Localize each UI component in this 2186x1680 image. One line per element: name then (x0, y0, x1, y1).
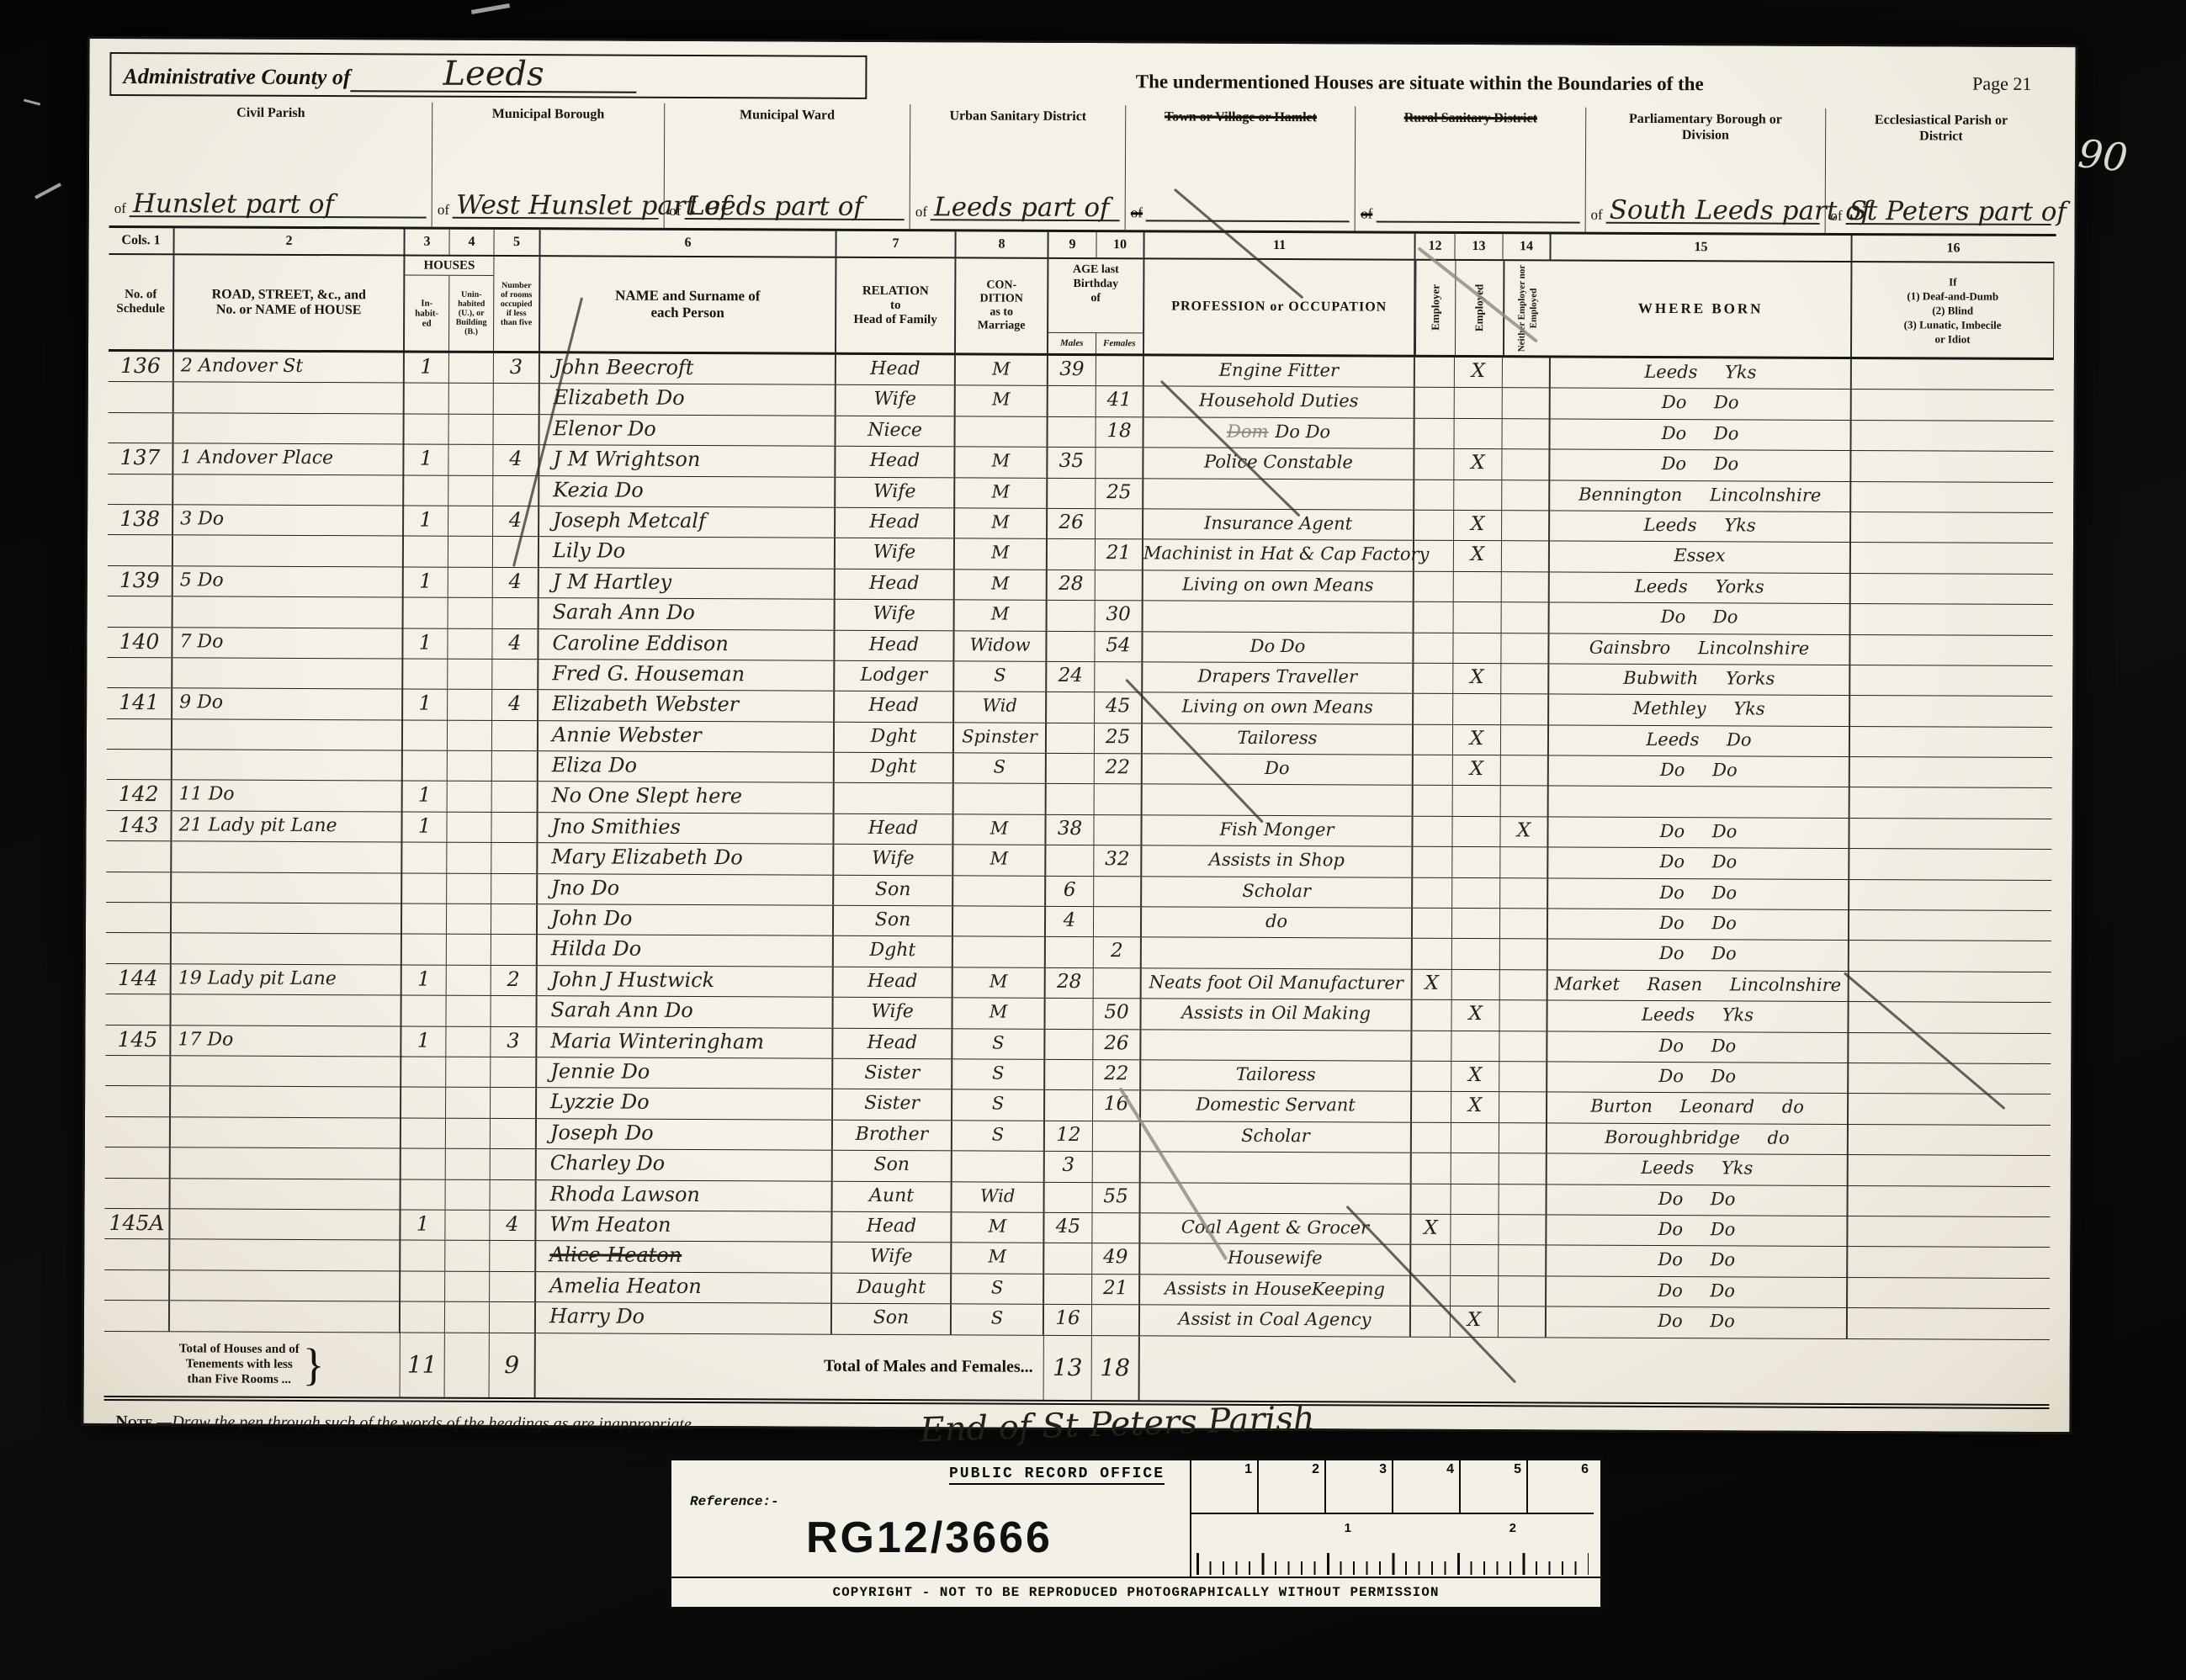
cell-inh (405, 384, 449, 414)
form-top-band: Administrative County of Leeds The under… (109, 47, 2056, 109)
cell-sched (108, 474, 173, 505)
cell-ageF: 22 (1093, 1060, 1141, 1090)
cell-emp: X (1411, 1215, 1451, 1245)
column-number: 13 (1455, 234, 1503, 259)
stamp-reference-label: Reference:- (690, 1494, 779, 1509)
cell-ageF (1094, 968, 1142, 999)
totals-males: 13 (1044, 1335, 1092, 1399)
cell-rooms: 2 (491, 966, 538, 996)
cell-name: Lyzzie Do (537, 1089, 833, 1120)
cell-born: Bubwith Yorks (1549, 664, 1850, 695)
cell-inh: 1 (402, 965, 447, 995)
cell-ageM (1048, 539, 1096, 570)
page-number: Page 21 (1972, 70, 2031, 95)
column-number: 8 (956, 231, 1048, 257)
cell-infirm (1850, 727, 2052, 757)
cell-born: Gainsbro Lincolnshire (1549, 633, 1850, 665)
cell-occ: Fish Monger (1142, 815, 1413, 846)
admin-county-label: Administrative County of (123, 64, 350, 90)
cell-inh (401, 1241, 445, 1271)
cell-rooms (494, 384, 540, 414)
cell-rel: Wife (833, 998, 952, 1028)
cell-rooms: 4 (492, 690, 539, 720)
cell-uninh (446, 1026, 491, 1057)
cell-infirm (1849, 1125, 2051, 1155)
cell-addr (171, 1179, 401, 1210)
cell-neither (1502, 572, 1550, 602)
cell-rel: Head (834, 814, 953, 845)
cell-ageF (1095, 785, 1143, 815)
cell-empd (1451, 1184, 1499, 1214)
cell-inh (401, 996, 446, 1026)
cell-name: Alice Heaton (536, 1242, 832, 1273)
cell-occ: Housewife (1140, 1244, 1411, 1275)
cell-occ: Drapers Traveller (1143, 662, 1414, 693)
cell-sched (104, 1301, 170, 1331)
cell-ageM (1044, 1275, 1092, 1305)
cell-infirm (1848, 1247, 2050, 1277)
cell-empd: X (1454, 449, 1502, 480)
of-word: of (1361, 205, 1372, 222)
cell-rel: Head (836, 447, 955, 477)
header-inhabited: In- habit- ed (405, 275, 448, 350)
cell-emp (1411, 1245, 1451, 1275)
of-word: of (669, 203, 681, 220)
cell-born: Leeds Yks (1551, 358, 1852, 389)
cell-infirm (1849, 1094, 2051, 1124)
cell-ageM: 16 (1044, 1305, 1092, 1335)
film-artifact (24, 98, 40, 105)
cell-cond: M (955, 600, 1048, 630)
cell-sched: 137 (108, 443, 173, 474)
cell-ageM: 26 (1048, 509, 1096, 539)
cell-ageM: 28 (1048, 570, 1096, 601)
cell-empd: X (1451, 1092, 1499, 1122)
cell-neither: X (1500, 817, 1548, 847)
cell-name: Maria Winteringham (537, 1027, 833, 1058)
cell-sched: 145 (105, 1025, 171, 1056)
ruler-centimetres: 1 2 (1191, 1514, 1594, 1577)
cell-empd (1454, 602, 1502, 633)
cell-addr (171, 1117, 401, 1148)
cell-ageM: 39 (1048, 356, 1096, 386)
cell-occ: Insurance Agent (1143, 509, 1414, 540)
cell-name: John Do (538, 904, 834, 935)
cell-ageM (1048, 417, 1096, 448)
cell-rel: Wife (836, 477, 955, 507)
cell-ageF: 32 (1094, 845, 1142, 876)
cell-ageF (1096, 356, 1144, 386)
cell-cond (953, 937, 1046, 967)
cell-cond: Spinster (954, 723, 1047, 753)
footer-note: Note.—Draw the pen through such of the w… (115, 1412, 695, 1434)
header-rooms: Number of rooms occupied if less than fi… (494, 257, 540, 351)
cell-empd (1451, 1031, 1499, 1062)
cell-name: Sarah Ann Do (539, 598, 836, 629)
cell-ageM (1044, 1243, 1092, 1274)
cell-neither (1499, 1000, 1547, 1031)
cell-neither (1499, 1306, 1547, 1337)
cell-born: Bennington Lincolnshire (1550, 480, 1851, 511)
cell-ageM: 3 (1045, 1152, 1093, 1182)
field-rural-sanitary-district: Rural Sanitary District of (1355, 106, 1585, 231)
header-females: Females (1095, 333, 1143, 353)
cell-infirm (1851, 543, 2053, 573)
cell-sched: 140 (107, 627, 172, 657)
cell-cond: S (954, 661, 1047, 692)
cell-sched (105, 1056, 171, 1086)
cell-sched: 142 (107, 780, 172, 810)
cell-emp (1414, 511, 1454, 541)
cell-ageF (1093, 1121, 1141, 1152)
cell-uninh (448, 690, 492, 720)
cell-empd (1454, 419, 1502, 449)
cell-addr: 19 Lady pit Lane (172, 964, 402, 995)
cell-neither (1501, 755, 1549, 786)
cell-cond: M (952, 1243, 1044, 1274)
cell-neither (1501, 694, 1549, 724)
cell-cond: S (952, 1090, 1045, 1121)
cell-cond (954, 784, 1047, 814)
cell-rel: Niece (836, 416, 955, 447)
column-number: 3 (405, 229, 449, 254)
cell-ageF (1094, 907, 1142, 937)
cell-rooms (491, 1088, 537, 1118)
cell-rooms (494, 415, 540, 445)
of-word: of (1830, 208, 1842, 225)
cell-addr (172, 719, 403, 750)
cell-name: Elizabeth Do (540, 384, 836, 416)
cell-uninh (447, 935, 491, 965)
cell-ageF: 55 (1093, 1183, 1141, 1213)
cell-uninh (446, 996, 491, 1026)
cell-emp (1415, 388, 1455, 418)
cell-empd (1453, 633, 1501, 663)
cell-inh: 1 (403, 628, 448, 659)
cell-addr: 3 Do (173, 505, 404, 536)
cell-name: John J Hustwick (538, 966, 834, 997)
cell-occ (1141, 1030, 1412, 1061)
cell-inh (402, 904, 447, 935)
ruler-inch-4: 4 (1392, 1460, 1459, 1513)
cell-addr (172, 903, 402, 934)
cell-uninh (447, 966, 491, 996)
cell-uninh (448, 660, 492, 690)
cell-emp (1414, 724, 1453, 755)
cell-ageF: 22 (1095, 754, 1143, 784)
cell-occ: Scholar (1141, 1121, 1412, 1153)
cell-infirm (1850, 757, 2052, 787)
cell-ageM (1045, 1029, 1093, 1059)
cell-cond: S (952, 1274, 1044, 1304)
ruler-inch-5: 5 (1459, 1460, 1526, 1513)
column-number: 9 (1048, 232, 1096, 257)
cell-emp (1414, 480, 1454, 510)
cell-addr (172, 842, 402, 873)
cell-addr (170, 1209, 401, 1240)
cell-sched (109, 413, 174, 443)
cell-empd: X (1455, 358, 1503, 388)
cell-addr (171, 1056, 401, 1087)
cell-born: Do Do (1551, 389, 1852, 420)
field-label-struck: Town or Village or Hamlet (1131, 109, 1350, 143)
cell-name: Fred G. Houseman (539, 660, 835, 691)
cell-infirm (1849, 819, 2051, 849)
totals-rooms: 9 (490, 1333, 536, 1396)
cell-neither (1501, 664, 1549, 694)
cell-inh (402, 873, 447, 904)
cell-born: Do Do (1550, 419, 1851, 450)
census-table: Cols. 12345678910111213141516 No. of Sch… (104, 228, 2055, 1409)
cell-emp (1412, 1000, 1451, 1031)
cell-neither (1500, 878, 1548, 909)
cell-rel: Wife (836, 538, 955, 569)
cell-ageM (1047, 631, 1095, 661)
cell-rel: Dght (835, 722, 954, 752)
ruler-inches: 1 2 3 4 5 6 (1191, 1460, 1594, 1514)
cell-occ (1143, 785, 1414, 816)
cell-addr (174, 413, 405, 444)
cell-born: Leeds Do (1549, 725, 1850, 756)
cell-ageF (1096, 509, 1143, 539)
cell-cond: S (952, 1304, 1044, 1334)
cell-addr (171, 1147, 401, 1179)
cell-sched (106, 841, 172, 872)
cell-born (1549, 787, 1850, 818)
cell-rel: Lodger (835, 661, 954, 692)
cell-addr (171, 994, 401, 1025)
cell-inh (401, 1088, 446, 1118)
cell-name: Mary Elizabeth Do (538, 843, 834, 874)
cell-ageM (1046, 845, 1094, 876)
cell-occ: Neats foot Oil Manufacturer (1142, 968, 1413, 999)
cell-born: Do Do (1547, 1215, 1848, 1246)
header-age: AGE last Birthday of (1073, 259, 1119, 305)
cell-rel: Head (836, 355, 956, 385)
cell-emp (1412, 1122, 1451, 1153)
cell-occ: Assists in Shop (1142, 846, 1413, 877)
cell-addr (174, 383, 405, 414)
field-label: Municipal Borough (438, 106, 658, 140)
cell-born: Leeds Yorks (1550, 572, 1851, 603)
cell-name: Jno Smithies (538, 813, 834, 844)
cell-rooms (490, 1272, 536, 1302)
cell-cond: M (955, 508, 1048, 538)
cell-neither (1502, 449, 1550, 480)
cell-born: Do Do (1547, 1276, 1848, 1307)
cell-cond: M (955, 539, 1048, 570)
header-profession: PROFESSION or OCCUPATION (1144, 259, 1415, 354)
cell-rooms (491, 1057, 537, 1088)
cell-emp (1414, 786, 1453, 816)
cell-occ: Living on own Means (1143, 570, 1414, 602)
cell-neither (1499, 1215, 1547, 1245)
cell-infirm (1851, 421, 2053, 451)
cell-empd: X (1453, 755, 1501, 786)
cell-ageM (1047, 692, 1095, 723)
ruler-cm-2: 2 (1510, 1521, 1516, 1535)
cell-born: Boroughbridge do (1547, 1123, 1849, 1154)
cell-sched (108, 535, 173, 565)
field-value: Leeds part of (687, 191, 863, 222)
field-municipal-borough: Municipal Borough of West Hunslet part o… (432, 103, 664, 228)
cell-cond: M (953, 967, 1046, 998)
cell-emp (1412, 1092, 1451, 1122)
cell-inh (401, 1302, 445, 1333)
cell-rel: Wife (834, 845, 953, 875)
cell-cond: M (955, 478, 1048, 508)
cell-rooms (490, 1302, 536, 1333)
cell-occ: Assists in HouseKeeping (1140, 1275, 1411, 1306)
cell-ageM (1048, 386, 1096, 416)
header-road-street: ROAD, STREET, &c., and No. or NAME of HO… (174, 255, 405, 350)
cell-name: Wm Heaton (536, 1211, 832, 1242)
cell-sched (106, 872, 172, 903)
column-number: Cols. 1 (109, 228, 174, 253)
cell-rooms (491, 996, 537, 1026)
cell-infirm (1849, 972, 2051, 1002)
column-headers-row: No. of Schedule ROAD, STREET, &c., and N… (109, 255, 2054, 360)
header-neither: Neither Employer nor Employed (1503, 261, 1551, 355)
cell-empd (1451, 1245, 1499, 1275)
cell-name: Joseph Metcalf (539, 506, 836, 538)
cell-uninh (448, 598, 493, 628)
column-number: 4 (449, 230, 494, 255)
cell-sched (104, 1239, 170, 1269)
field-municipal-ward: Municipal Ward of Leeds part of (663, 103, 910, 229)
cell-occ: Engine Fitter (1144, 356, 1415, 387)
cell-cond: M (955, 570, 1048, 600)
cell-addr (170, 1270, 401, 1301)
cell-rel: Head (835, 692, 954, 722)
cell-infirm (1848, 1308, 2050, 1338)
cell-emp (1412, 1184, 1451, 1214)
cell-inh (402, 935, 447, 965)
cell-emp (1413, 847, 1452, 877)
cell-uninh (449, 384, 494, 414)
table-body: 1362 Andover St13John BeecroftHeadM39Eng… (104, 352, 2054, 1340)
cell-infirm (1852, 390, 2054, 420)
cell-rooms (491, 1179, 537, 1210)
cell-sched (107, 658, 172, 688)
cell-born: Methley Yks (1549, 695, 1850, 726)
cell-neither (1500, 970, 1548, 1000)
cell-born: Leeds Yks (1547, 1154, 1849, 1185)
cell-occ: Assists in Oil Making (1141, 999, 1412, 1031)
cell-inh (404, 537, 448, 567)
cell-infirm (1850, 635, 2052, 665)
cell-ageM (1047, 723, 1095, 754)
cell-cond: S (952, 1121, 1045, 1151)
cell-sched (105, 1117, 171, 1147)
cell-occ: Do (1143, 754, 1414, 785)
cell-emp (1412, 1153, 1451, 1184)
cell-empd: X (1453, 725, 1501, 755)
cell-born: Do Do (1548, 817, 1849, 848)
cell-infirm (1852, 359, 2054, 390)
cell-neither (1502, 542, 1550, 572)
cell-rooms (490, 1241, 536, 1271)
cell-emp (1413, 909, 1452, 939)
cell-inh (401, 1149, 446, 1179)
header-schedule: No. of Schedule (109, 255, 174, 349)
ruler-inch-2: 2 (1257, 1460, 1324, 1513)
cell-ageM: 12 (1045, 1121, 1093, 1152)
cell-empd (1453, 786, 1501, 816)
cell-empd: X (1453, 664, 1501, 694)
cell-rooms (492, 660, 539, 690)
cell-ageF: 16 (1093, 1090, 1141, 1121)
cell-emp (1413, 817, 1452, 847)
cell-cond: M (953, 814, 1046, 845)
cell-emp (1414, 419, 1454, 449)
stamp-reference-value: RG12/3666 (806, 1513, 1053, 1563)
column-number: 12 (1415, 234, 1455, 259)
totals-females: 18 (1092, 1336, 1140, 1400)
cell-name: Charley Do (537, 1149, 833, 1180)
cell-rel: Head (836, 569, 955, 599)
cell-inh: 1 (403, 690, 448, 720)
cell-name: Annie Webster (539, 721, 835, 752)
cell-inh (401, 1118, 446, 1148)
cell-empd (1454, 480, 1502, 511)
cell-emp (1414, 602, 1454, 633)
cell-rel: Dght (834, 936, 953, 967)
cell-cond: M (952, 1212, 1044, 1243)
column-number: 10 (1096, 232, 1144, 257)
of-word: of (438, 202, 449, 219)
cell-infirm (1849, 1155, 2051, 1185)
cell-sched: 141 (107, 688, 172, 718)
cell-ageM: 35 (1048, 448, 1096, 478)
cell-ageF (1096, 448, 1143, 478)
cell-neither (1500, 909, 1548, 939)
cell-sched: 145A (104, 1209, 170, 1239)
cell-ageF: 54 (1095, 632, 1143, 662)
cell-sched (106, 933, 172, 963)
cell-neither (1499, 1093, 1547, 1123)
column-number: 6 (540, 230, 836, 257)
cell-rel: Head (836, 508, 955, 538)
cell-inh: 1 (404, 506, 448, 536)
of-word: of (114, 200, 126, 217)
cell-addr: 21 Lady pit Lane (172, 811, 402, 842)
cell-ageM: 38 (1046, 815, 1094, 845)
cell-addr: 5 Do (173, 566, 404, 597)
header-condition: CON- DITION as to Marriage (956, 258, 1048, 352)
cell-uninh (445, 1302, 490, 1333)
cell-born: Burton Leonard do (1547, 1093, 1849, 1124)
cell-occ: Living on own Means (1143, 693, 1414, 724)
cell-neither (1503, 358, 1551, 388)
cell-emp (1414, 755, 1453, 786)
cell-inh: 1 (404, 567, 448, 597)
district-header-band: Civil Parish of Hunslet part of Municipa… (109, 101, 2057, 236)
ruler-inch-6: 6 (1526, 1460, 1594, 1513)
header-infirmity: If (1) Deaf-and-Dumb (2) Blind (3) Lunat… (1852, 262, 2054, 358)
cell-rooms (492, 751, 539, 782)
cell-ageM (1045, 1060, 1093, 1090)
struck-pencil-text: Dom (1227, 421, 1269, 442)
cell-uninh (447, 904, 491, 935)
cell-emp (1414, 664, 1453, 694)
cell-infirm (1850, 787, 2052, 818)
cell-rel (835, 783, 954, 814)
ruler-inch-3: 3 (1324, 1460, 1392, 1513)
totals-inhabited: 11 (401, 1333, 445, 1396)
cell-ageM (1047, 784, 1095, 814)
cell-empd (1451, 1123, 1499, 1153)
